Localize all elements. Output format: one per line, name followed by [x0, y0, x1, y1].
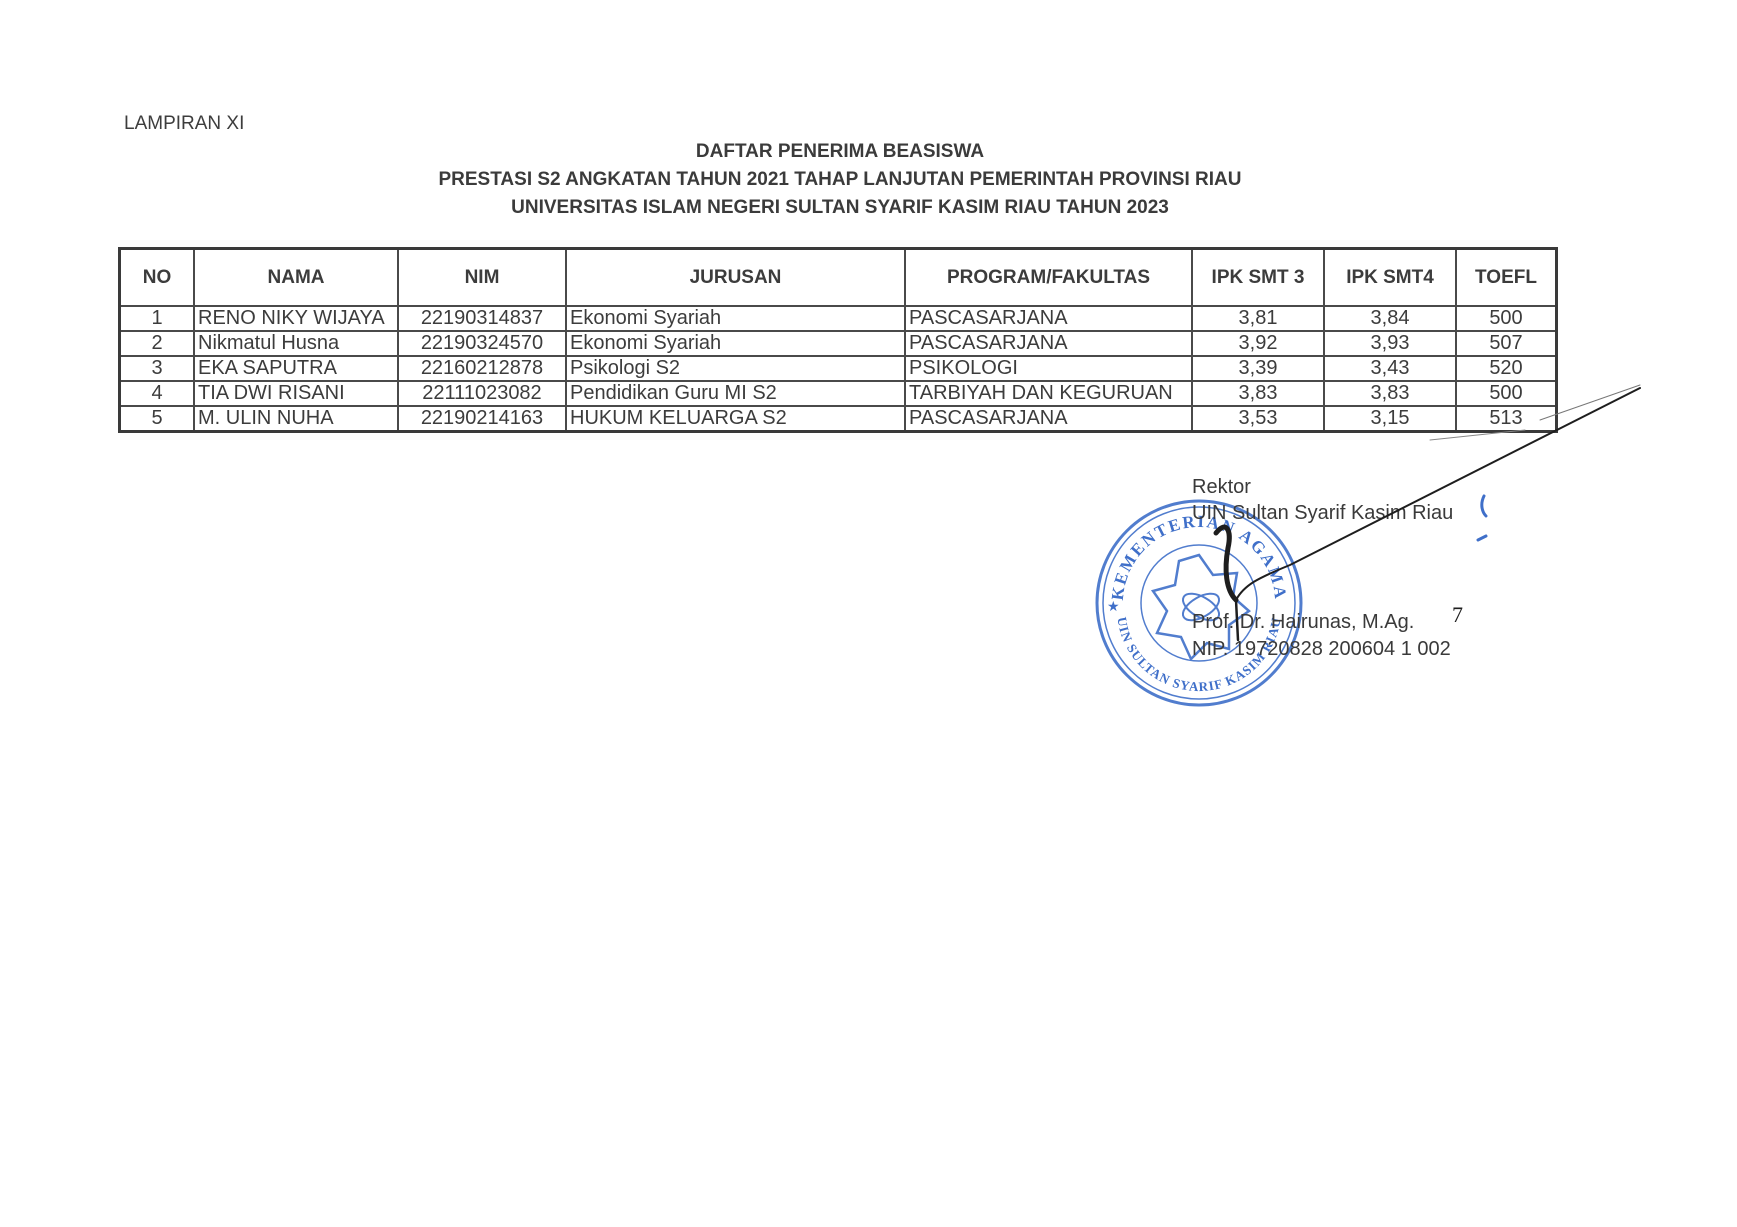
title-line-3: UNIVERSITAS ISLAM NEGERI SULTAN SYARIF K… [0, 194, 1680, 222]
table-row: 1 RENO NIKY WIJAYA 22190314837 Ekonomi S… [120, 306, 1557, 331]
col-toefl: TOEFL [1456, 249, 1557, 307]
col-ipk4: IPK SMT4 [1324, 249, 1456, 307]
table-row: 5 M. ULIN NUHA 22190214163 HUKUM KELUARG… [120, 406, 1557, 432]
signatory-nip: NIP. 19720828 200604 1 002 [1192, 636, 1451, 662]
cell-ipk4: 3,84 [1324, 306, 1456, 331]
cell-jurusan: HUKUM KELUARGA S2 [566, 406, 905, 432]
table-row: 2 Nikmatul Husna 22190324570 Ekonomi Sya… [120, 331, 1557, 356]
cell-nim: 22111023082 [398, 381, 566, 406]
cell-ipk4: 3,15 [1324, 406, 1456, 432]
cell-no: 5 [120, 406, 195, 432]
table-row: 4 TIA DWI RISANI 22111023082 Pendidikan … [120, 381, 1557, 406]
cell-program: PASCASARJANA [905, 406, 1192, 432]
cell-no: 1 [120, 306, 195, 331]
cell-toefl: 500 [1456, 381, 1557, 406]
cell-toefl: 513 [1456, 406, 1557, 432]
cell-nama: RENO NIKY WIJAYA [194, 306, 398, 331]
signatory-title: Rektor [1192, 474, 1251, 500]
col-nama: NAMA [194, 249, 398, 307]
cell-ipk4: 3,43 [1324, 356, 1456, 381]
cell-nim: 22190324570 [398, 331, 566, 356]
cell-ipk3: 3,53 [1192, 406, 1324, 432]
cell-no: 3 [120, 356, 195, 381]
cell-jurusan: Pendidikan Guru MI S2 [566, 381, 905, 406]
cell-nim: 22190214163 [398, 406, 566, 432]
col-ipk3: IPK SMT 3 [1192, 249, 1324, 307]
cell-no: 4 [120, 381, 195, 406]
cell-ipk3: 3,39 [1192, 356, 1324, 381]
col-no: NO [120, 249, 195, 307]
cell-nim: 22160212878 [398, 356, 566, 381]
table-row: 3 EKA SAPUTRA 22160212878 Psikologi S2 P… [120, 356, 1557, 381]
cell-nim: 22190314837 [398, 306, 566, 331]
official-stamp-icon: KEMENTERIAN AGAMA UIN SULTAN SYARIF KASI… [1093, 497, 1305, 709]
cell-ipk4: 3,83 [1324, 381, 1456, 406]
cell-toefl: 507 [1456, 331, 1557, 356]
cell-no: 2 [120, 331, 195, 356]
cell-ipk4: 3,93 [1324, 331, 1456, 356]
col-program: PROGRAM/FAKULTAS [905, 249, 1192, 307]
cell-jurusan: Ekonomi Syariah [566, 306, 905, 331]
cell-jurusan: Ekonomi Syariah [566, 331, 905, 356]
cell-nama: M. ULIN NUHA [194, 406, 398, 432]
cell-ipk3: 3,81 [1192, 306, 1324, 331]
signatory-institution: UIN Sultan Syarif Kasim Riau [1192, 500, 1453, 526]
signatory-name: Prof. Dr. Hairunas, M.Ag. [1192, 609, 1414, 635]
cell-ipk3: 3,92 [1192, 331, 1324, 356]
cell-program: PASCASARJANA [905, 306, 1192, 331]
attachment-label: LAMPIRAN XI [124, 113, 244, 135]
cell-toefl: 520 [1456, 356, 1557, 381]
cell-jurusan: Psikologi S2 [566, 356, 905, 381]
cell-program: TARBIYAH DAN KEGURUAN [905, 381, 1192, 406]
title-line-2: PRESTASI S2 ANGKATAN TAHUN 2021 TAHAP LA… [0, 166, 1680, 194]
table-header-row: NO NAMA NIM JURUSAN PROGRAM/FAKULTAS IPK… [120, 249, 1557, 307]
col-nim: NIM [398, 249, 566, 307]
cell-ipk3: 3,83 [1192, 381, 1324, 406]
cell-nama: EKA SAPUTRA [194, 356, 398, 381]
cell-toefl: 500 [1456, 306, 1557, 331]
cell-nama: Nikmatul Husna [194, 331, 398, 356]
scholarship-table: NO NAMA NIM JURUSAN PROGRAM/FAKULTAS IPK… [118, 247, 1558, 433]
cell-nama: TIA DWI RISANI [194, 381, 398, 406]
title-line-1: DAFTAR PENERIMA BEASISWA [0, 138, 1680, 166]
svg-text:★: ★ [1107, 598, 1120, 614]
cell-program: PSIKOLOGI [905, 356, 1192, 381]
col-jurusan: JURUSAN [566, 249, 905, 307]
document-title: DAFTAR PENERIMA BEASISWA PRESTASI S2 ANG… [0, 138, 1680, 222]
svg-text:7: 7 [1452, 602, 1463, 627]
cell-program: PASCASARJANA [905, 331, 1192, 356]
